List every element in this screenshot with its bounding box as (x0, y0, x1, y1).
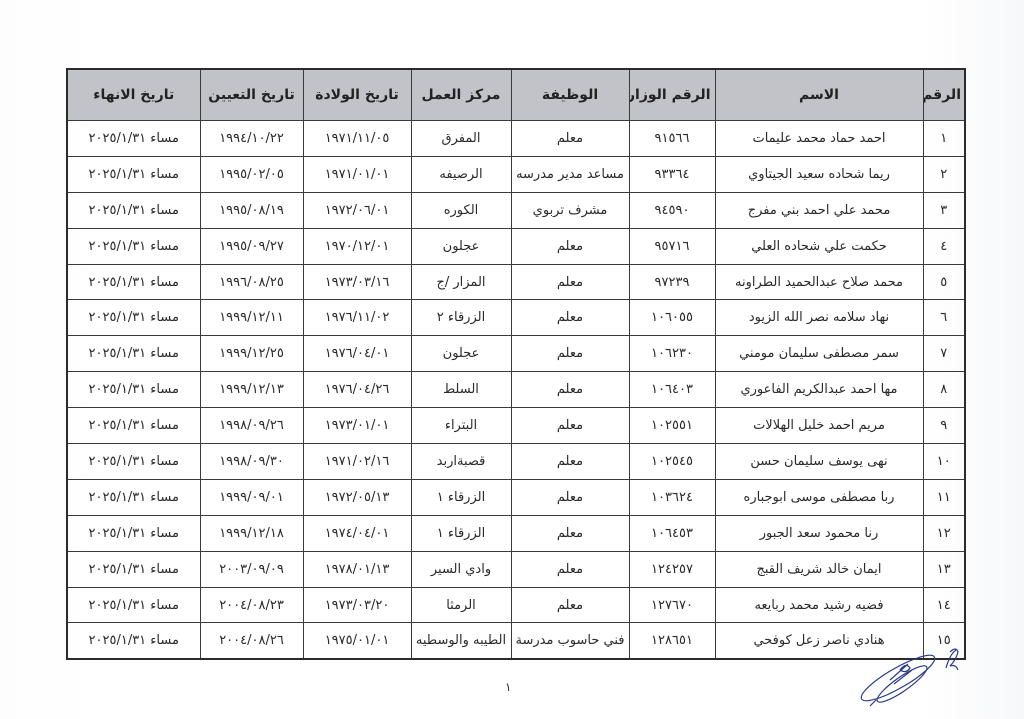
cell-ministry-id: ١٠٦٤٠٣ (629, 372, 715, 408)
cell-appointment-date: ١٩٩٦/٠٨/٢٥ (200, 264, 303, 300)
cell-workplace: المزار /ج (411, 264, 511, 300)
cell-job: معلم (511, 372, 629, 408)
cell-workplace: الرصيفه (411, 156, 511, 192)
table-row: ١٥هنادي ناصر زعل كوفحي١٢٨٦٥١فني حاسوب مد… (67, 623, 965, 659)
staff-table: الرقم الاسم الرقم الوزاري الوظيفة مركز ا… (66, 68, 966, 660)
table-row: ٨مها احمد عبدالكريم الفاعوري١٠٦٤٠٣معلمال… (67, 372, 965, 408)
cell-end-date: مساء ٢٠٢٥/١/٣١ (67, 587, 200, 623)
header-appointment-date: تاريخ التعيين (200, 69, 303, 121)
cell-index: ١١ (923, 479, 965, 515)
cell-name: حكمت علي شحاده العلي (715, 228, 923, 264)
cell-workplace: قصبةاربد (411, 444, 511, 480)
cell-job: معلم (511, 479, 629, 515)
cell-job: معلم (511, 264, 629, 300)
cell-workplace: السلط (411, 372, 511, 408)
cell-ministry-id: ٩٥٧١٦ (629, 228, 715, 264)
cell-index: ٣ (923, 192, 965, 228)
cell-birth-date: ١٩٧٨/٠١/١٣ (303, 551, 411, 587)
cell-birth-date: ١٩٧٢/٠٥/١٣ (303, 479, 411, 515)
cell-name: ربا مصطفى موسى ابوجباره (715, 479, 923, 515)
table-row: ١١ربا مصطفى موسى ابوجباره١٠٣٦٢٤معلمالزرق… (67, 479, 965, 515)
cell-name: نهاد سلامه نصر الله الزيود (715, 300, 923, 336)
table-row: ٤حكمت علي شحاده العلي٩٥٧١٦معلمعجلون١٩٧٠/… (67, 228, 965, 264)
header-birth-date: تاريخ الولادة (303, 69, 411, 121)
cell-ministry-id: ٩٧٢٣٩ (629, 264, 715, 300)
cell-job: معلم (511, 300, 629, 336)
header-name: الاسم (715, 69, 923, 121)
cell-ministry-id: ١٠٣٦٢٤ (629, 479, 715, 515)
cell-index: ١ (923, 121, 965, 157)
cell-end-date: مساء ٢٠٢٥/١/٣١ (67, 192, 200, 228)
cell-index: ٦ (923, 300, 965, 336)
cell-workplace: البتراء (411, 408, 511, 444)
cell-index: ٧ (923, 336, 965, 372)
table-row: ١٤فضيه رشيد محمد ربايعه١٢٧٦٧٠معلمالرمثا١… (67, 587, 965, 623)
cell-name: مها احمد عبدالكريم الفاعوري (715, 372, 923, 408)
cell-workplace: الزرقاء ١ (411, 515, 511, 551)
cell-appointment-date: ١٩٩٩/١٢/٢٥ (200, 336, 303, 372)
cell-birth-date: ١٩٧٢/٠٦/٠١ (303, 192, 411, 228)
cell-workplace: المفرق (411, 121, 511, 157)
table-row: ١٣ايمان خالد شريف القبج١٢٤٢٥٧معلموادي ال… (67, 551, 965, 587)
table-row: ٦نهاد سلامه نصر الله الزيود١٠٦٠٥٥معلمالز… (67, 300, 965, 336)
cell-ministry-id: ١٠٦٠٥٥ (629, 300, 715, 336)
cell-job: معلم (511, 228, 629, 264)
cell-birth-date: ١٩٧٦/١١/٠٢ (303, 300, 411, 336)
header-end-date: تاريخ الانهاء (67, 69, 200, 121)
cell-name: ريما شحاده سعيد الجيتاوي (715, 156, 923, 192)
page-number: ١ (505, 680, 511, 694)
cell-ministry-id: ٩٣٣٦٤ (629, 156, 715, 192)
cell-appointment-date: ١٩٩٩/٠٩/٠١ (200, 479, 303, 515)
header-index: الرقم (923, 69, 965, 121)
cell-birth-date: ١٩٧٠/١٢/٠١ (303, 228, 411, 264)
cell-end-date: مساء ٢٠٢٥/١/٣١ (67, 551, 200, 587)
cell-job: مشرف تربوي (511, 192, 629, 228)
cell-end-date: مساء ٢٠٢٥/١/٣١ (67, 121, 200, 157)
cell-end-date: مساء ٢٠٢٥/١/٣١ (67, 623, 200, 659)
cell-end-date: مساء ٢٠٢٥/١/٣١ (67, 228, 200, 264)
cell-appointment-date: ١٩٩٥/٠٨/١٩ (200, 192, 303, 228)
cell-workplace: وادي السير (411, 551, 511, 587)
cell-end-date: مساء ٢٠٢٥/١/٣١ (67, 444, 200, 480)
cell-index: ١٣ (923, 551, 965, 587)
cell-end-date: مساء ٢٠٢٥/١/٣١ (67, 336, 200, 372)
cell-end-date: مساء ٢٠٢٥/١/٣١ (67, 372, 200, 408)
cell-name: ايمان خالد شريف القبج (715, 551, 923, 587)
table-row: ٣محمد علي احمد بني مفرج٩٤٥٩٠مشرف تربويال… (67, 192, 965, 228)
cell-workplace: عجلون (411, 228, 511, 264)
cell-birth-date: ١٩٧١/٠٢/١٦ (303, 444, 411, 480)
cell-job: معلم (511, 551, 629, 587)
cell-appointment-date: ٢٠٠٤/٠٨/٢٦ (200, 623, 303, 659)
cell-index: ٢ (923, 156, 965, 192)
cell-name: سمر مصطفى سليمان مومني (715, 336, 923, 372)
cell-job: معلم (511, 336, 629, 372)
cell-job: مساعد مدير مدرسه (511, 156, 629, 192)
cell-appointment-date: ١٩٩٩/١٢/١١ (200, 300, 303, 336)
cell-birth-date: ١٩٧٥/٠١/٠١ (303, 623, 411, 659)
cell-end-date: مساء ٢٠٢٥/١/٣١ (67, 479, 200, 515)
cell-name: نهى يوسف سليمان حسن (715, 444, 923, 480)
cell-end-date: مساء ٢٠٢٥/١/٣١ (67, 300, 200, 336)
cell-appointment-date: ١٩٩٨/٠٩/٣٠ (200, 444, 303, 480)
cell-birth-date: ١٩٧١/١١/٠٥ (303, 121, 411, 157)
cell-job: معلم (511, 515, 629, 551)
cell-index: ٥ (923, 264, 965, 300)
cell-end-date: مساء ٢٠٢٥/١/٣١ (67, 264, 200, 300)
cell-workplace: عجلون (411, 336, 511, 372)
signature-icon (850, 640, 970, 710)
cell-job: معلم (511, 587, 629, 623)
cell-job: معلم (511, 408, 629, 444)
cell-name: فضيه رشيد محمد ربايعه (715, 587, 923, 623)
cell-workplace: الزرقاء ٢ (411, 300, 511, 336)
cell-job: معلم (511, 121, 629, 157)
cell-ministry-id: ١٠٦٤٥٣ (629, 515, 715, 551)
cell-appointment-date: ١٩٩٥/٠٩/٢٧ (200, 228, 303, 264)
cell-end-date: مساء ٢٠٢٥/١/٣١ (67, 156, 200, 192)
cell-ministry-id: ١٠٢٥٤٥ (629, 444, 715, 480)
header-ministry-id: الرقم الوزاري (629, 69, 715, 121)
cell-name: رنا محمود سعد الجبور (715, 515, 923, 551)
cell-birth-date: ١٩٧٣/٠١/٠١ (303, 408, 411, 444)
cell-end-date: مساء ٢٠٢٥/١/٣١ (67, 408, 200, 444)
cell-index: ١٢ (923, 515, 965, 551)
cell-workplace: الكوره (411, 192, 511, 228)
cell-index: ١٤ (923, 587, 965, 623)
cell-birth-date: ١٩٧١/٠١/٠١ (303, 156, 411, 192)
table-header-row: الرقم الاسم الرقم الوزاري الوظيفة مركز ا… (67, 69, 965, 121)
cell-appointment-date: ١٩٩٩/١٢/١٣ (200, 372, 303, 408)
cell-end-date: مساء ٢٠٢٥/١/٣١ (67, 515, 200, 551)
cell-name: محمد صلاح عبدالحميد الطراونه (715, 264, 923, 300)
header-workplace: مركز العمل (411, 69, 511, 121)
cell-index: ٤ (923, 228, 965, 264)
cell-ministry-id: ١٢٧٦٧٠ (629, 587, 715, 623)
cell-workplace: الطيبه والوسطيه (411, 623, 511, 659)
cell-name: محمد علي احمد بني مفرج (715, 192, 923, 228)
cell-ministry-id: ١٠٢٥٥١ (629, 408, 715, 444)
cell-name: مريم احمد خليل الهلالات (715, 408, 923, 444)
cell-name: احمد حماد محمد عليمات (715, 121, 923, 157)
table-row: ١٠نهى يوسف سليمان حسن١٠٢٥٤٥معلمقصبةاربد١… (67, 444, 965, 480)
cell-birth-date: ١٩٧٦/٠٤/٢٦ (303, 372, 411, 408)
cell-appointment-date: ٢٠٠٤/٠٨/٢٣ (200, 587, 303, 623)
cell-index: ٩ (923, 408, 965, 444)
cell-job: فني حاسوب مدرسة (511, 623, 629, 659)
cell-appointment-date: ٢٠٠٣/٠٩/٠٩ (200, 551, 303, 587)
cell-ministry-id: ٩٤٥٩٠ (629, 192, 715, 228)
table-row: ٩مريم احمد خليل الهلالات١٠٢٥٥١معلمالبترا… (67, 408, 965, 444)
table-row: ١احمد حماد محمد عليمات٩١٥٦٦معلمالمفرق١٩٧… (67, 121, 965, 157)
table-row: ٢ريما شحاده سعيد الجيتاوي٩٣٣٦٤مساعد مدير… (67, 156, 965, 192)
table-row: ٧سمر مصطفى سليمان مومني١٠٦٢٣٠معلمعجلون١٩… (67, 336, 965, 372)
table-row: ١٢رنا محمود سعد الجبور١٠٦٤٥٣معلمالزرقاء … (67, 515, 965, 551)
cell-birth-date: ١٩٧٤/٠٤/٠١ (303, 515, 411, 551)
table-row: ٥محمد صلاح عبدالحميد الطراونه٩٧٢٣٩معلمال… (67, 264, 965, 300)
cell-workplace: الرمثا (411, 587, 511, 623)
cell-appointment-date: ١٩٩٩/١٢/١٨ (200, 515, 303, 551)
cell-index: ١٠ (923, 444, 965, 480)
cell-appointment-date: ١٩٩٤/١٠/٢٢ (200, 121, 303, 157)
cell-ministry-id: ١٢٨٦٥١ (629, 623, 715, 659)
cell-appointment-date: ١٩٩٥/٠٢/٠٥ (200, 156, 303, 192)
cell-birth-date: ١٩٧٦/٠٤/٠١ (303, 336, 411, 372)
cell-ministry-id: ٩١٥٦٦ (629, 121, 715, 157)
header-job: الوظيفة (511, 69, 629, 121)
cell-ministry-id: ١٢٤٢٥٧ (629, 551, 715, 587)
cell-workplace: الزرقاء ١ (411, 479, 511, 515)
cell-ministry-id: ١٠٦٢٣٠ (629, 336, 715, 372)
cell-birth-date: ١٩٧٣/٠٣/٢٠ (303, 587, 411, 623)
cell-index: ٨ (923, 372, 965, 408)
cell-appointment-date: ١٩٩٨/٠٩/٢٦ (200, 408, 303, 444)
cell-job: معلم (511, 444, 629, 480)
cell-birth-date: ١٩٧٣/٠٣/١٦ (303, 264, 411, 300)
